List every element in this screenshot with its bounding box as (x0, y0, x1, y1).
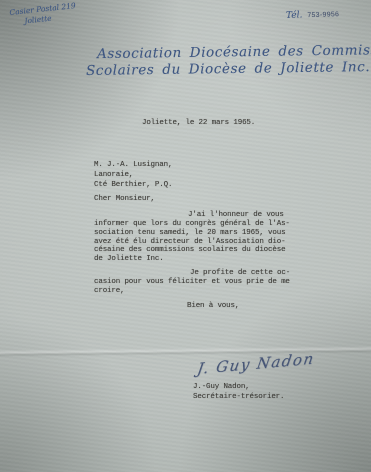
letterhead-pobox: Casier Postal 219 Joliette (9, 1, 77, 28)
body-line: sociation tenu samedi, le 20 mars 1965, … (94, 229, 290, 238)
recipient-line: Cté Berthier, P.Q. (94, 180, 172, 190)
telephone-label: Tél. (286, 10, 303, 21)
salutation: Cher Monsieur, (94, 195, 155, 204)
paragraph1-indent-line: J'ai l'honneur de vous (188, 211, 284, 220)
body-line: croire, (94, 287, 290, 296)
signer-name: J.-Guy Nadon, (193, 383, 284, 393)
signature-block: J.-Guy Nadon, Secrétaire-trésorier. (193, 383, 284, 402)
dateline: Joliette, le 22 mars 1965. (142, 119, 255, 128)
handwritten-signature: J. Guy Nadon (196, 349, 316, 378)
letterhead-telephone: Tél. 753-9956 (286, 9, 340, 21)
body-line: casion pour vous féliciter et vous prie … (94, 278, 290, 287)
paragraph2-body: casion pour vous féliciter et vous prie … (94, 278, 290, 296)
org-name-line2: Scolaires du Diocèse de Joliette Inc. (86, 59, 370, 79)
recipient-line: M. J.-A. Lusignan, (94, 160, 172, 170)
recipient-address: M. J.-A. Lusignan, Lanoraie, Cté Berthie… (94, 160, 172, 190)
paragraph1-body: informer que lors du congrès général de … (94, 220, 290, 264)
body-line: de Joliette Inc. (94, 255, 290, 264)
body-line: informer que lors du congrès général de … (94, 220, 290, 229)
telephone-number: 753-9956 (307, 11, 339, 19)
recipient-line: Lanoraie, (94, 170, 172, 180)
paragraph2-indent-line: Je profite de cette oc- (190, 269, 290, 278)
body-line: césaine des commissions scolaires du dio… (94, 246, 290, 255)
letter-photo: Casier Postal 219 Joliette Tél. 753-9956… (0, 0, 371, 472)
signer-title: Secrétaire-trésorier. (193, 393, 284, 403)
closing: Bien à vous, (187, 302, 239, 311)
